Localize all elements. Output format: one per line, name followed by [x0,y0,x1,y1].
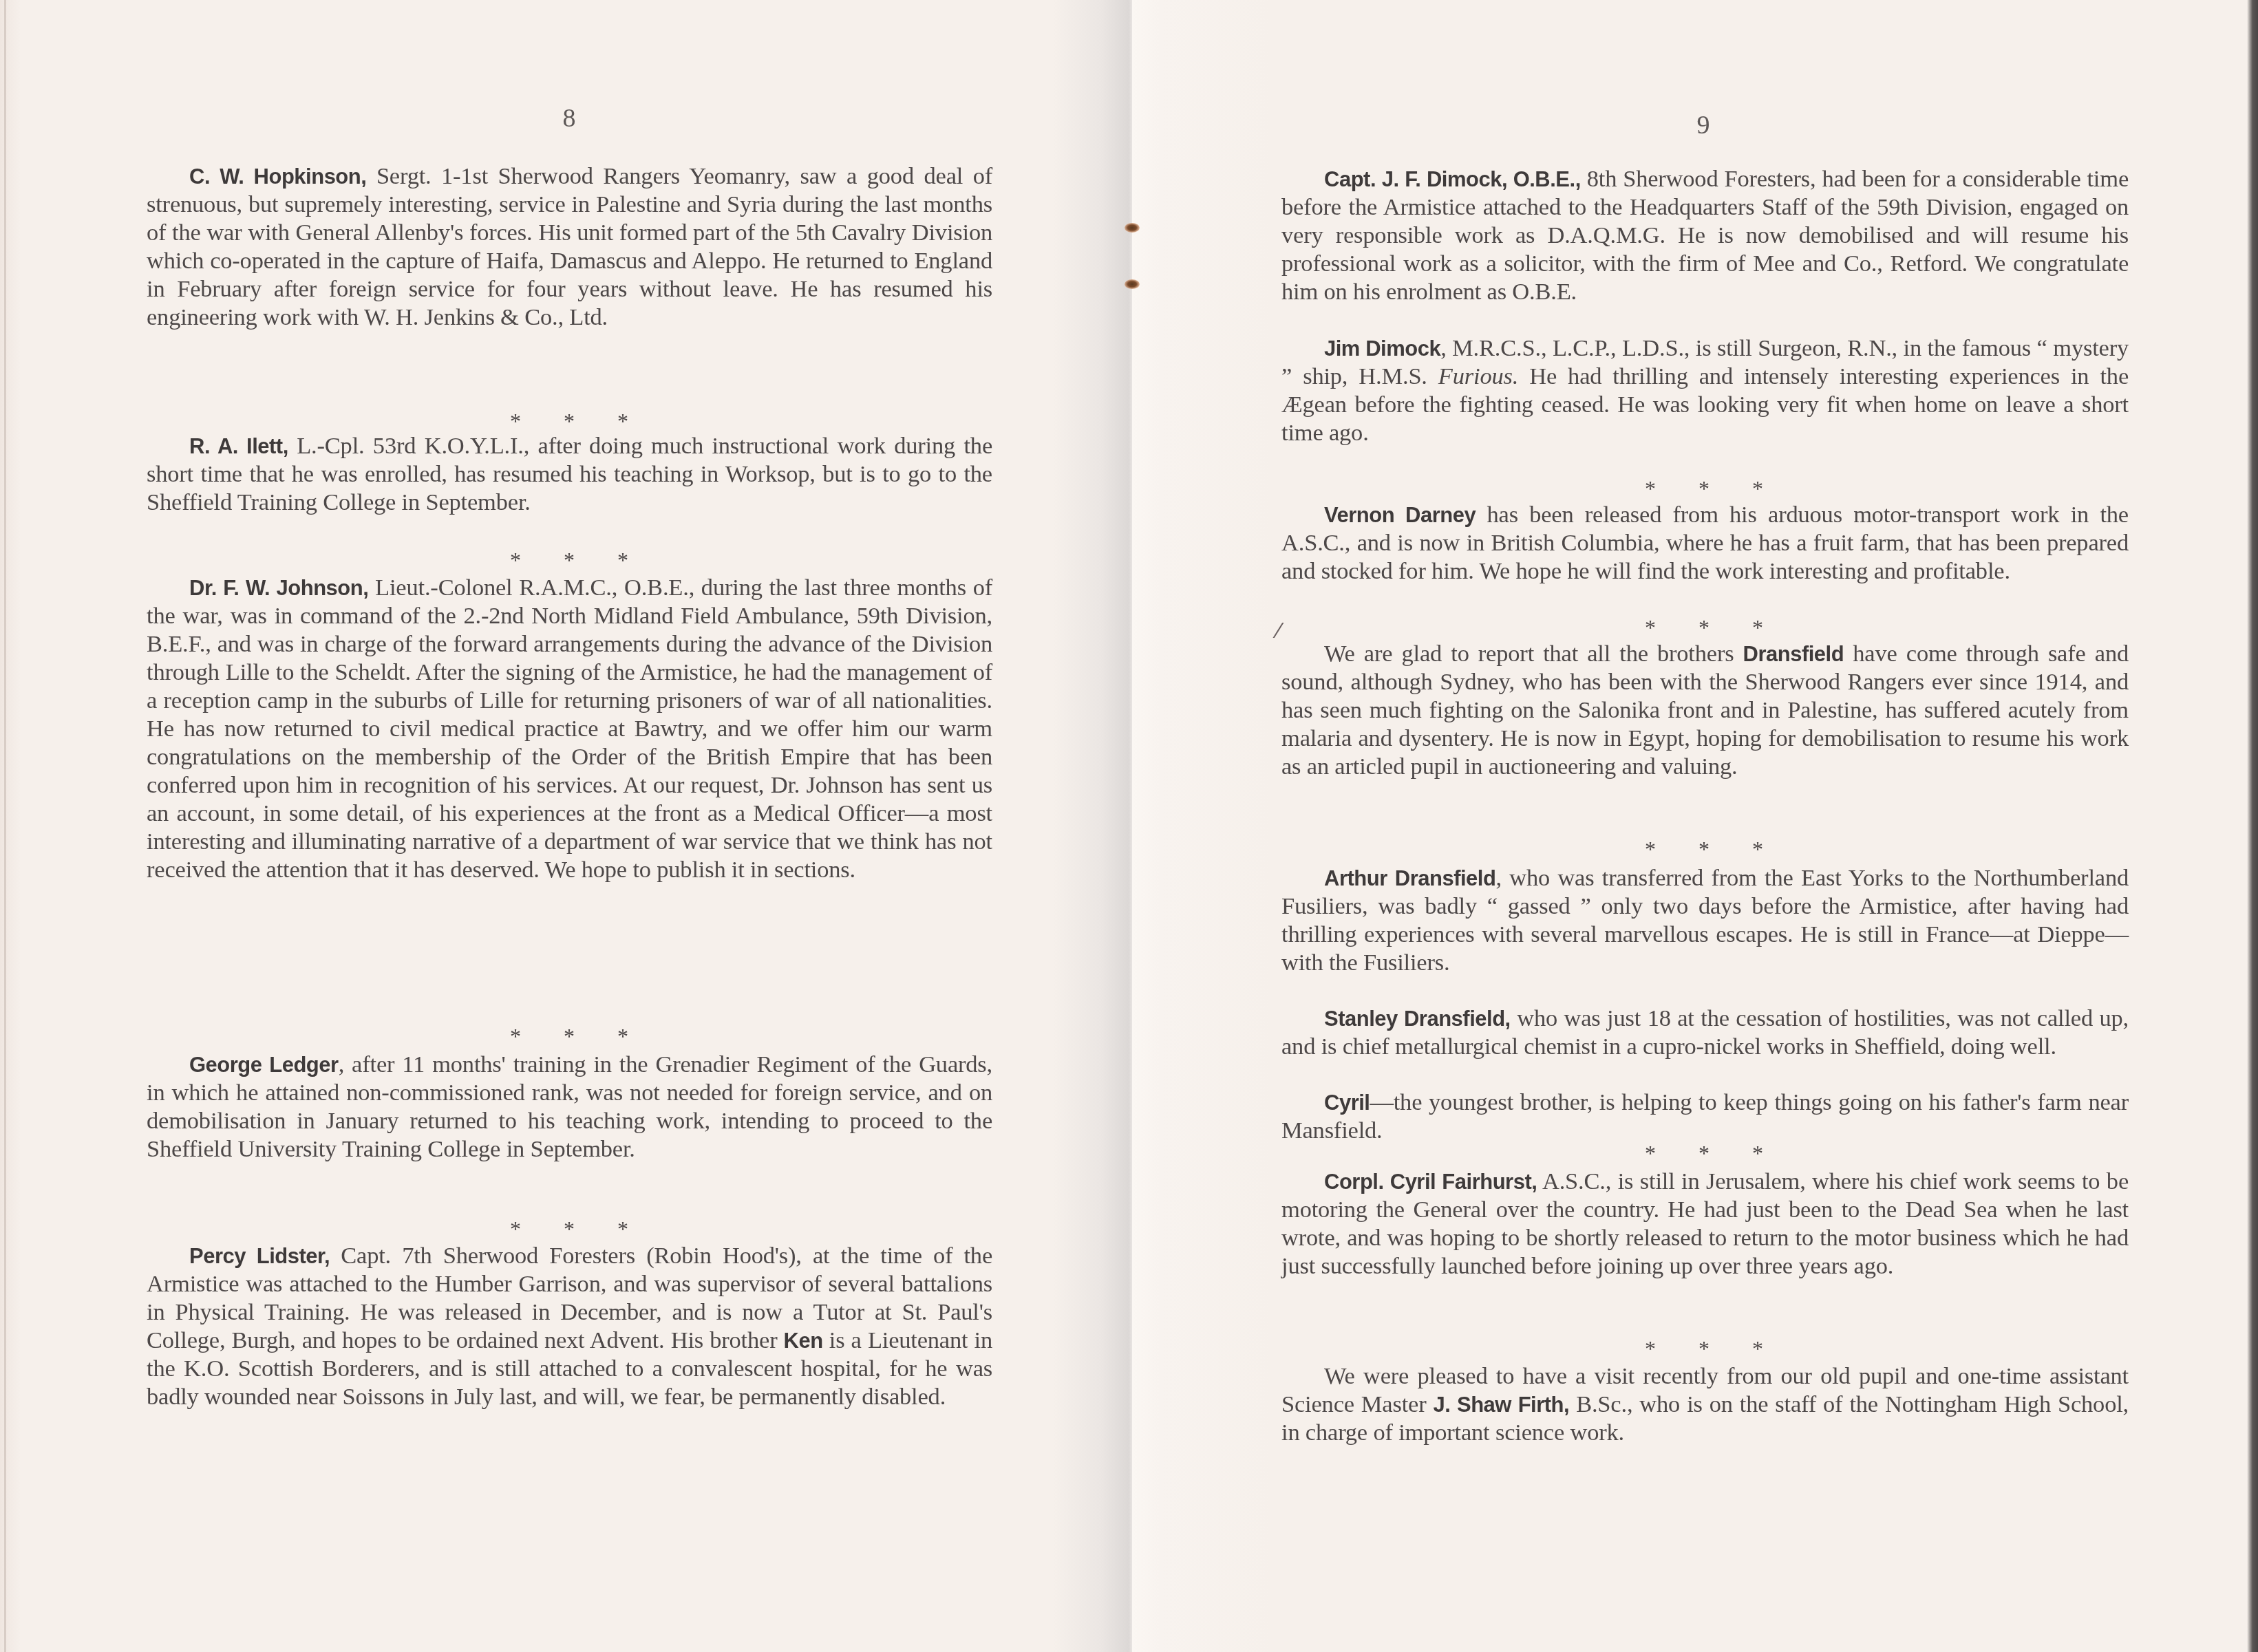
section-separator: * * * [432,549,707,571]
entry-name: C. W. Hopkinson, [189,164,366,189]
ship-name: Furious. [1438,363,1518,389]
entry-name: Dr. F. W. Johnson, [189,576,368,600]
entry-text: —the youngest brother, is helping to kee… [1281,1089,2129,1144]
booklet-spread: 8 C. W. Hopkinson, Sergt. 1-1st Sherwood… [0,0,2258,1652]
right-page: 9 Capt. J. F. Dimock, O.B.E., 8th Sherwo… [1132,0,2258,1652]
entry-text: We are glad to report that all the broth… [1324,641,1743,667]
page-edge [4,0,6,1652]
pencil-mark: ⁄ [1277,619,1280,643]
section-separator: * * * [1566,1142,1842,1164]
entry-fairhurst: Corpl. Cyril Fairhurst, A.S.C., is still… [1281,1168,2129,1280]
page-number-right: 9 [1683,110,1724,140]
entry-name: Dransfield [1743,642,1844,666]
section-separator: * * * [1566,478,1842,500]
section-separator: * * * [432,1218,707,1240]
entry-name: Vernon Darney [1324,503,1476,527]
entry-name: Corpl. Cyril Fairhurst, [1324,1170,1537,1194]
section-separator: * * * [1566,1338,1842,1360]
entry-ledger: George Ledger, after 11 months' training… [147,1051,992,1163]
section-separator: * * * [432,1025,707,1047]
entry-shaw-firth: We were pleased to have a visit recently… [1281,1362,2129,1447]
staple-bottom [1125,279,1140,289]
entry-name: Jim Dimock [1324,336,1440,361]
entry-text: Lieut.-Colonel R.A.M.C., O.B.E., during … [147,575,992,883]
entry-darney: Vernon Darney has been released from his… [1281,501,2129,586]
entry-name: Arthur Dransfield [1324,866,1495,890]
staple-top [1125,223,1140,233]
left-page: 8 C. W. Hopkinson, Sergt. 1-1st Sherwood… [0,0,1132,1652]
entry-name: Capt. J. F. Dimock, O.B.E., [1324,167,1581,191]
entry-stanley-dransfield: Stanley Dransfield, who was just 18 at t… [1281,1005,2129,1061]
entry-name: J. Shaw Firth, [1433,1393,1569,1417]
entry-dransfield-brothers: We are glad to report that all the broth… [1281,640,2129,781]
section-separator: * * * [1566,616,1842,639]
entry-jim-dimock: Jim Dimock, M.R.C.S., L.C.P., L.D.S., is… [1281,334,2129,447]
entry-name-secondary: Ken [784,1329,823,1353]
section-separator: * * * [432,410,707,432]
entry-name: R. A. Ilett, [189,434,288,458]
entry-lidster: Percy Lidster, Capt. 7th Sherwood Forest… [147,1242,992,1411]
entry-arthur-dransfield: Arthur Dransfield, who was transferred f… [1281,864,2129,977]
page-number-left: 8 [548,103,590,133]
entry-johnson: Dr. F. W. Johnson, Lieut.-Colonel R.A.M.… [147,574,992,884]
entry-ilett: R. A. Ilett, L.-Cpl. 53rd K.O.Y.L.I., af… [147,432,992,517]
entry-name: Cyril [1324,1091,1370,1115]
entry-name: Stanley Dransfield, [1324,1007,1511,1031]
entry-hopkinson: C. W. Hopkinson, Sergt. 1-1st Sherwood R… [147,162,992,332]
section-separator: * * * [1566,838,1842,860]
entry-name: George Ledger [189,1053,339,1077]
entry-cyril-dransfield: Cyril—the youngest brother, is helping t… [1281,1088,2129,1145]
entry-name: Percy Lidster, [189,1244,330,1268]
entry-jf-dimock: Capt. J. F. Dimock, O.B.E., 8th Sherwood… [1281,165,2129,306]
